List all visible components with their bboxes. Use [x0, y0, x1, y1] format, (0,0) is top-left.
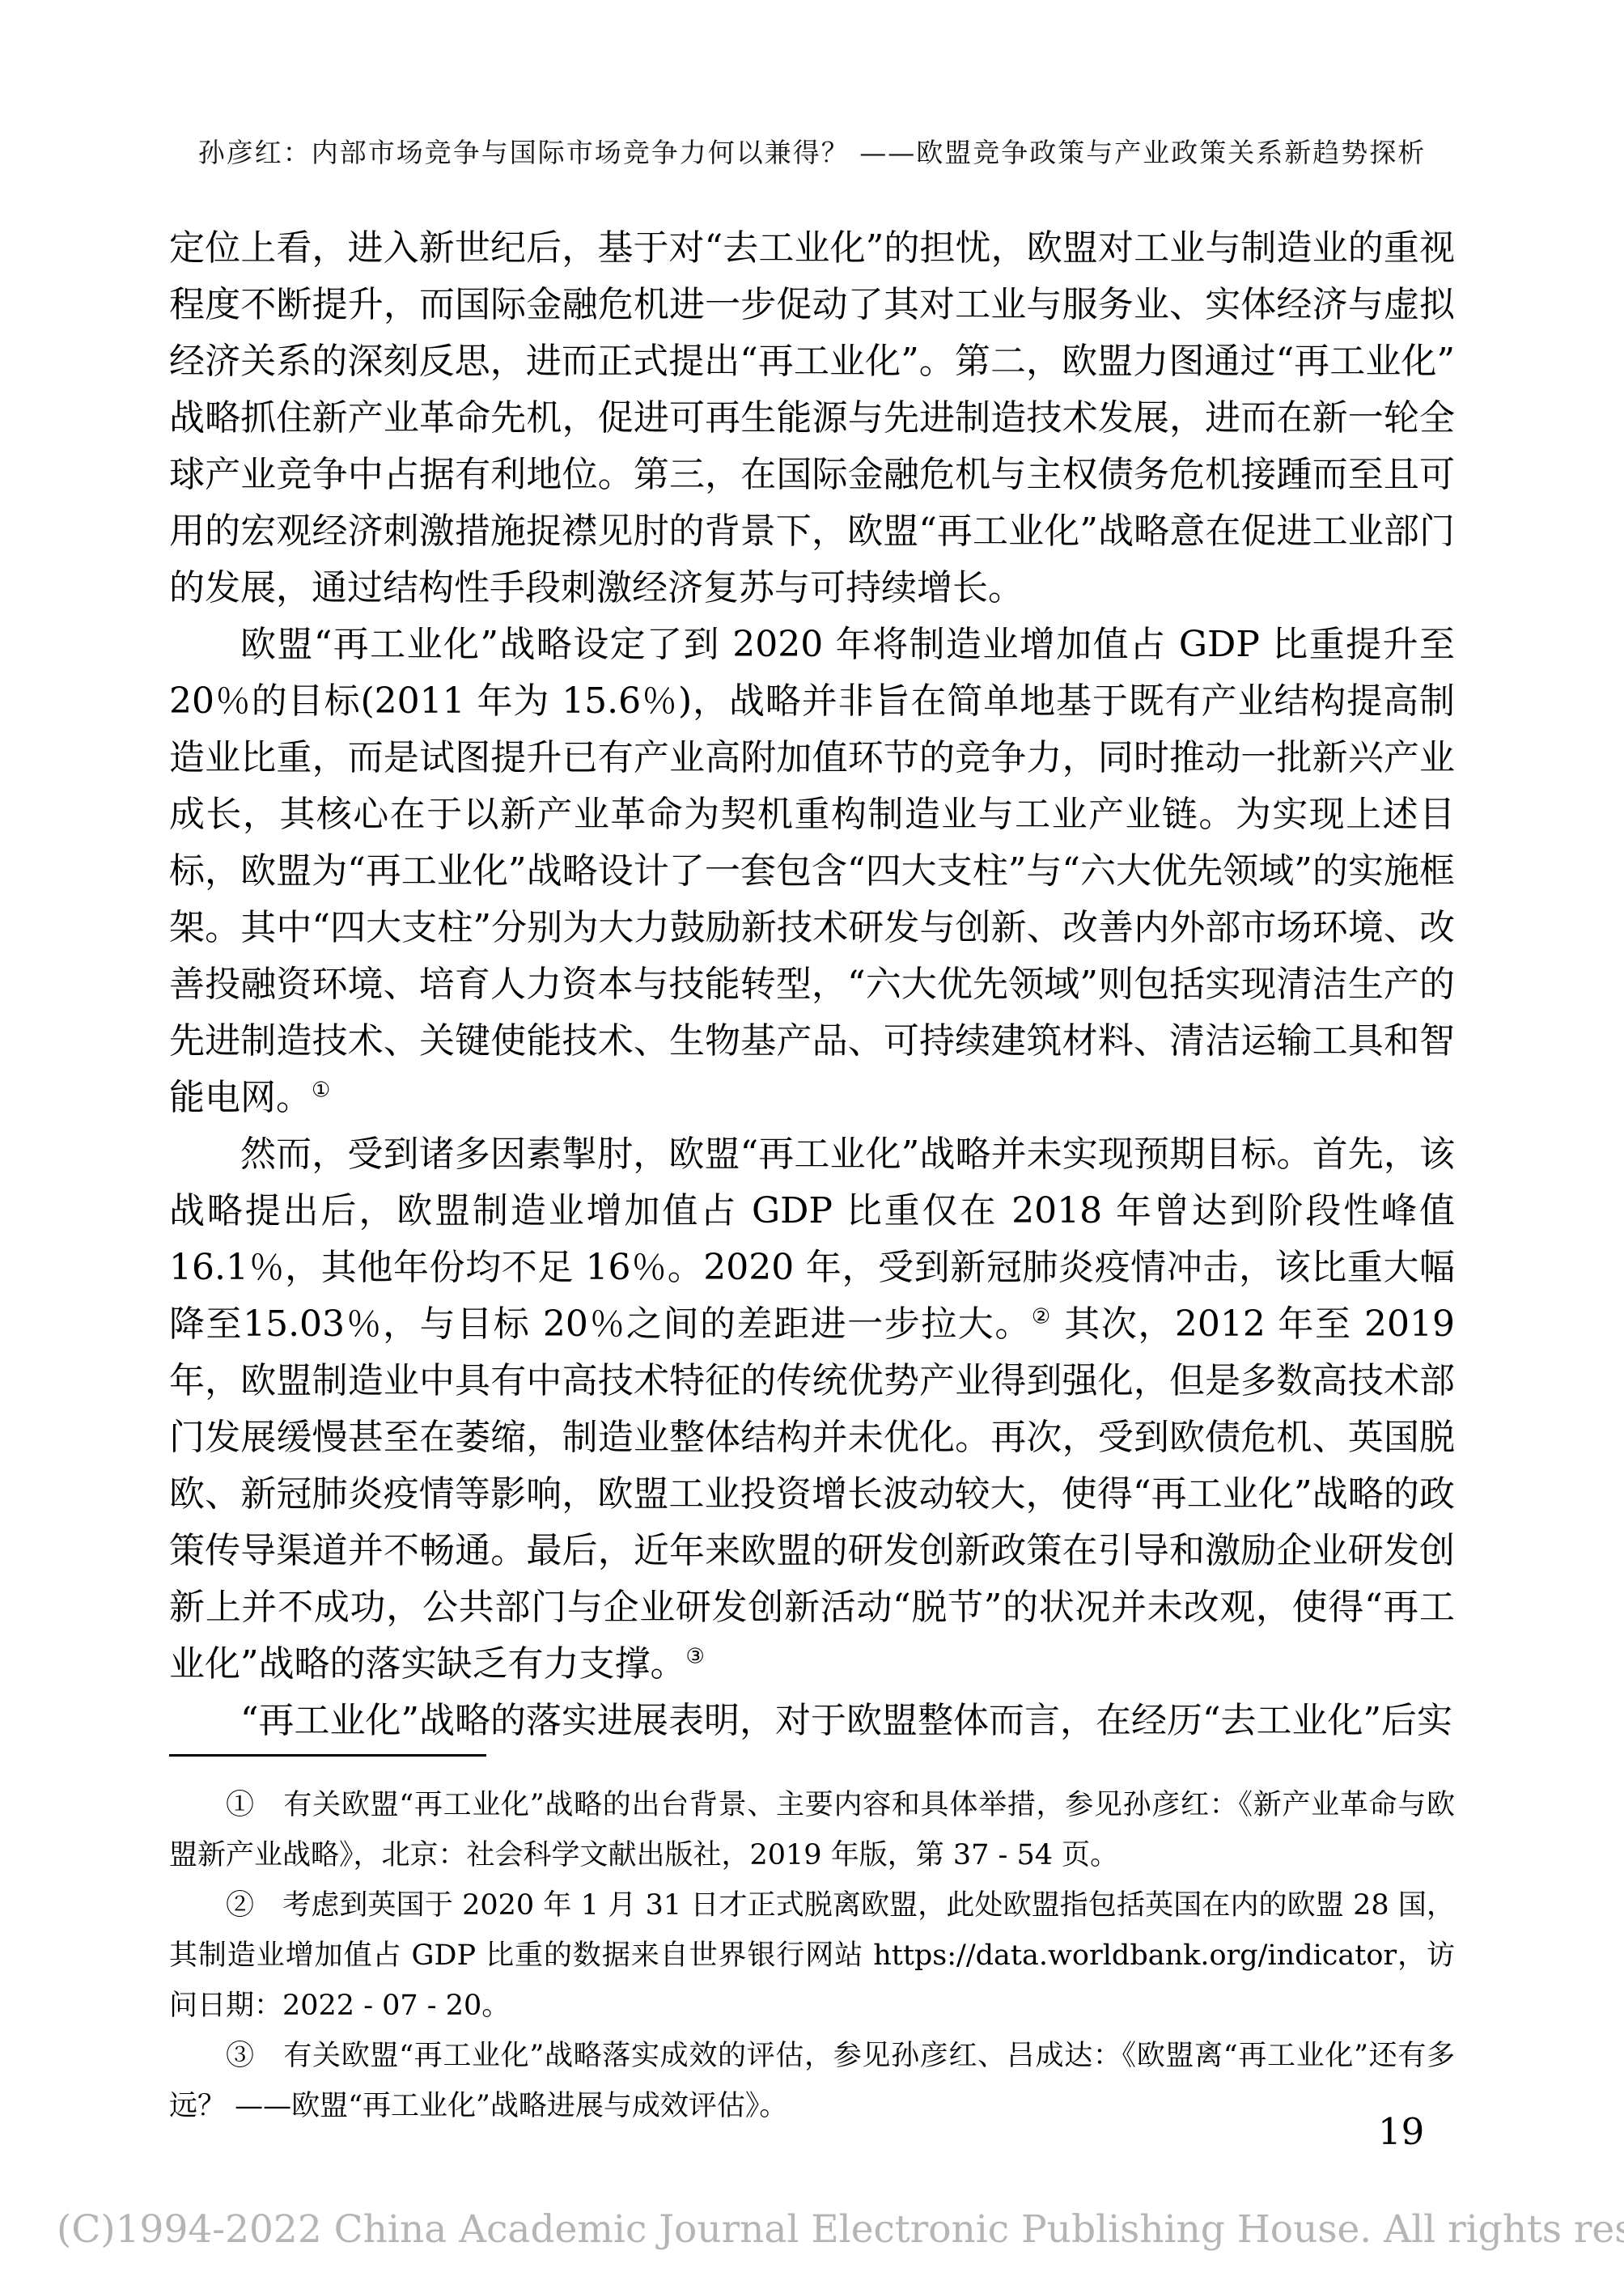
body-paragraph: 然而，受到诸多因素掣肘，欧盟“再工业化”战略并未实现预期目标。首先，该战略提出后…: [169, 1126, 1455, 1693]
footnote-item: ③ 有关欧盟“再工业化”战略落实成效的评估，参见孙彦红、吕成达：《欧盟离“再工业…: [169, 2031, 1455, 2131]
page-number: 19: [1378, 2110, 1424, 2153]
article-body: 定位上看，进入新世纪后，基于对“去工业化”的担忧，欧盟对工业与制造业的重视程度不…: [169, 220, 1455, 1749]
journal-page: 孙彦红：内部市场竞争与国际市场竞争力何以兼得？ ——欧盟竞争政策与产业政策关系新…: [0, 0, 1624, 2293]
footnotes-block: ① 有关欧盟“再工业化”战略的出台背景、主要内容和具体举措，参见孙彦红：《新产业…: [169, 1780, 1455, 2131]
body-paragraph: “再工业化”战略的落实进展表明，对于欧盟整体而言，在经历“去工业化”后实: [169, 1693, 1455, 1749]
copyright-watermark: (C)1994-2022 China Academic Journal Elec…: [57, 2207, 1624, 2252]
body-paragraph: 欧盟“再工业化”战略设定了到 2020 年将制造业增加值占 GDP 比重提升至2…: [169, 617, 1455, 1126]
footnote-ref: ③: [686, 1644, 705, 1668]
body-paragraph: 定位上看，进入新世纪后，基于对“去工业化”的担忧，欧盟对工业与制造业的重视程度不…: [169, 220, 1455, 617]
footnote-ref: ②: [1032, 1304, 1052, 1329]
footnote-item: ② 考虑到英国于 2020 年 1 月 31 日才正式脱离欧盟，此处欧盟指包括英…: [169, 1880, 1455, 2031]
footnote-ref: ①: [312, 1078, 330, 1102]
footnote-separator: [169, 1754, 486, 1757]
running-header: 孙彦红：内部市场竞争与国际市场竞争力何以兼得？ ——欧盟竞争政策与产业政策关系新…: [0, 132, 1624, 170]
footnote-item: ① 有关欧盟“再工业化”战略的出台背景、主要内容和具体举措，参见孙彦红：《新产业…: [169, 1780, 1455, 1880]
